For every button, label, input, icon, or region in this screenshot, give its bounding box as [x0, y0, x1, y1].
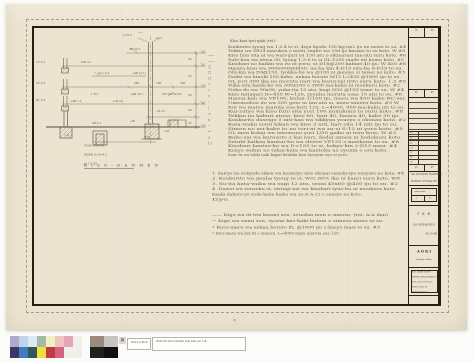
svg-text:45: 45 [188, 74, 192, 78]
tb-firm-section: T K K OO-SEISAKUSYO No.16-4B [409, 206, 439, 246]
svg-text:• Kuro-maru wa ankaa boruto i: • Kuro-maru wa ankaa boruto iti, @1800 i… [212, 224, 381, 229]
company-info-line: DWG 1961.10 [412, 286, 425, 289]
color-patch [37, 347, 46, 358]
svg-text:30: 30 [188, 108, 192, 112]
tb-empty-rows [409, 98, 439, 132]
svg-text:• Siro-maru wa kui iti o sime: • Siro-maru wa kui iti o simesu. L=4000 … [212, 231, 340, 236]
color-patch [64, 336, 73, 347]
company-info-box: K.K. AOKI CORP.TOKYO NIHONBASI 2-16TEL (… [411, 270, 438, 293]
tb-handwritten-line: A4-102 KISO DANMEN [411, 173, 442, 176]
fold-mark [233, 319, 236, 321]
color-patch [46, 336, 55, 347]
tb-empty-bottom [409, 296, 439, 308]
catalog-label-small: 9012-4 #16 [127, 338, 151, 350]
svg-text:+2 B.5: +2 B.5 [122, 33, 132, 37]
svg-text:127: 127 [138, 32, 144, 34]
firm-name: OO-SEISAKUSYO [409, 224, 439, 227]
svg-text:∧: ∧ [208, 136, 211, 140]
svg-text:≈: ≈ [208, 112, 211, 116]
dimension-chain [128, 51, 198, 129]
tb-number-cell: go [425, 166, 440, 169]
svg-text:60: 60 [188, 57, 192, 61]
svg-text:~ Kigo wa nami sen, syozai ki: ~ Kigo wa nami sen, syozai kiri-kaki bub… [212, 218, 384, 223]
tb-large-box [409, 38, 439, 90]
color-patch [73, 347, 82, 358]
svg-text:+4B 1.2: +4B 1.2 [70, 99, 82, 103]
registration-mark-icon: ✕ [119, 337, 126, 344]
scale-value: 1 [416, 197, 418, 200]
architect-stamp: A O K I [409, 249, 439, 254]
svg-text:~: ~ [208, 83, 211, 87]
svg-text:1.B: 1.B [64, 133, 69, 137]
drawing-annotations: +2 B.5127+G.L4B 10.5+2B 4.11F G.L2F G.LB… [36, 32, 192, 139]
svg-text:-2B: -2B [130, 119, 135, 123]
gray-patch [104, 347, 118, 358]
svg-text:88: 88 [188, 93, 192, 97]
scanned-drawing-sheet: { "sheet": {"kind": "foundation section … [0, 0, 474, 362]
drawing-title-label: K I S O - D A N M E N [84, 163, 134, 169]
tb-approval-label: kz [410, 142, 412, 145]
color-patch [19, 347, 28, 358]
svg-text:+4B (2.1): +4B (2.1) [132, 71, 146, 75]
tb-stamp-section: A O K I kentiku sekkei [409, 246, 439, 268]
svg-text:B1 G.L: B1 G.L [36, 98, 46, 102]
tb-approval-label: sh [410, 161, 413, 164]
svg-text:Izyo.: Izyo. [212, 197, 230, 202]
notes-text-area: Kiso kozi tyui-gaki (rei):Konkurito tyou… [204, 34, 416, 246]
color-patch [46, 347, 55, 358]
color-patch [64, 347, 73, 358]
svg-text:TR 3B0 W250: TR 3B0 W250 [162, 92, 182, 96]
main-column-footing [141, 42, 162, 139]
tb-approval-label: sn [410, 147, 413, 150]
datum-lines [62, 53, 200, 142]
drawing-number: No.16-4B [409, 233, 439, 236]
scale-value: 5 [429, 197, 431, 200]
detail-note-line: W240 GBL-12 [84, 144, 144, 149]
svg-text:120: 120 [164, 129, 170, 133]
svg-text:( ): ( ) [208, 142, 212, 146]
company-info-line: K.K. AOKI CORP. [412, 271, 425, 274]
company-info-line: SHEET A-118 [412, 291, 425, 293]
svg-text:-1 B 2: -1 B 2 [90, 92, 99, 96]
tb-header-cell: ts [409, 29, 424, 32]
tb-header-row: ts no [409, 28, 439, 38]
svg-text:ms 12.3: ms 12.3 [98, 71, 109, 75]
svg-text:——: —— [208, 59, 215, 63]
svg-text:180: 180 [156, 81, 162, 85]
scale-box: syukusyaku 1 5 [411, 188, 437, 202]
svg-text:•: • [208, 88, 210, 92]
svg-text:300: 300 [180, 81, 186, 85]
paper-sheet: +2 B.5127+G.L4B 10.5+2B 4.11F G.L2F G.LB… [6, 4, 467, 330]
tb-header-cell: sy [409, 91, 424, 94]
tb-approval-label: sz [410, 137, 412, 140]
detail-note-line: M24@16 D=4.5 [84, 153, 144, 158]
color-patch [37, 336, 46, 347]
company-info-line: TOKYO NIHONBASI 2-16 [412, 276, 425, 279]
svg-text:20: 20 [188, 121, 192, 125]
svg-text:Kanki dakuto-yo sode-kabe kaik: Kanki dakuto-yo sode-kabe kaiko wa zu-si… [212, 191, 362, 196]
svg-text:——: —— [208, 53, 215, 57]
color-patch [55, 336, 64, 347]
pit-detail [93, 131, 107, 145]
scale-box-header: syukusyaku [414, 190, 425, 193]
svg-text:—— Kigo wa iti-ten kusari sen,: —— Kigo wa iti-ten kusari sen, setudan m… [212, 212, 389, 217]
calibration-footer: ✕ 9012-4 #16 S36 OO biru sintiku koji ki… [0, 334, 474, 362]
tb-handwritten-line: HAIKIN SYOSAI ZU [411, 180, 437, 183]
svg-text:◦: ◦ [208, 124, 210, 128]
color-patch [28, 336, 37, 347]
svg-text:+4B 30.1: +4B 30.1 [130, 92, 144, 96]
catalog-label-long-text: S36 OO biru sintiku koji kiso-zu 1/8 [156, 340, 206, 343]
svg-text:+G.L: +G.L [155, 36, 162, 40]
company-info-line: TEL (03) 271-4455 [412, 281, 425, 284]
svg-text:2F G.L: 2F G.L [36, 81, 46, 85]
tb-header-cell: no [425, 29, 440, 32]
color-patch [19, 336, 28, 347]
svg-text:1F G.L: 1F G.L [36, 60, 46, 64]
tb-header-cell: go [425, 91, 440, 94]
gray-patch [104, 336, 118, 347]
svg-text::: : [208, 100, 209, 104]
tb-approval-label: bc [410, 156, 413, 159]
color-patch [73, 336, 82, 347]
color-patch [10, 347, 19, 358]
tb-approval-label: st [410, 132, 412, 135]
svg-text:+2B 4.1: +2B 4.1 [80, 60, 92, 64]
svg-text:4B 8.1: 4B 8.1 [92, 121, 101, 125]
gray-patch [90, 347, 104, 358]
svg-text:□: □ [208, 71, 211, 75]
svg-text:240: 240 [134, 81, 140, 85]
tb-approval-rows: stszkzsnkcbcsh [409, 132, 439, 165]
gray-patch [90, 336, 104, 347]
catalog-label-long: S36 OO biru sintiku koji kiso-zu 1/8 [152, 337, 246, 351]
svg-text:#10: #10 [144, 135, 150, 139]
title-block: ts no sy go stszkzsnkcbcsh zu go A4-102 … [408, 26, 441, 306]
color-patch [55, 347, 64, 358]
svg-text:+1B (4): +1B (4) [112, 99, 123, 103]
tb-number-row: zu go [409, 165, 439, 172]
tb-scale-section: syukusyaku 1 5 [409, 186, 439, 206]
right-steps [160, 120, 200, 127]
tb-number-cell: zu [409, 166, 424, 169]
tb-handwritten-title: A4-102 KISO DANMENHAIKIN SYOSAI ZU [409, 172, 439, 186]
svg-text:Kiso kozi tyui-gaki (rei):: Kiso kozi tyui-gaki (rei): [230, 39, 276, 43]
color-calibration-bar [10, 336, 82, 358]
svg-text:≈: ≈ [208, 130, 211, 134]
svg-text:□: □ [208, 77, 211, 81]
svg-text:+B 12: +B 12 [156, 109, 165, 113]
svg-text:•: • [208, 94, 210, 98]
architect-stamp-sub: kentiku sekkei [409, 258, 439, 261]
svg-text:□: □ [208, 65, 211, 69]
tb-approval-label: kc [410, 151, 413, 154]
tb-header-row-2: sy go [409, 90, 439, 98]
catalog-label-small-text: 9012-4 #16 [131, 341, 148, 344]
color-patch [28, 347, 37, 358]
gray-calibration-bar [90, 336, 118, 358]
color-patch [10, 336, 19, 347]
svg-text:s: s [208, 118, 210, 122]
svg-text:Sono ta wa tokki naki kagiri k: Sono ta wa tokki naki kagiri kentiku koz… [228, 152, 348, 157]
tb-company-section: K.K. AOKI CORP.TOKYO NIHONBASI 2-16TEL (… [409, 268, 439, 296]
svg-text:¦: ¦ [208, 105, 209, 110]
firm-initials: T K K [409, 212, 439, 216]
svg-text:4B 10.5: 4B 10.5 [129, 47, 140, 51]
